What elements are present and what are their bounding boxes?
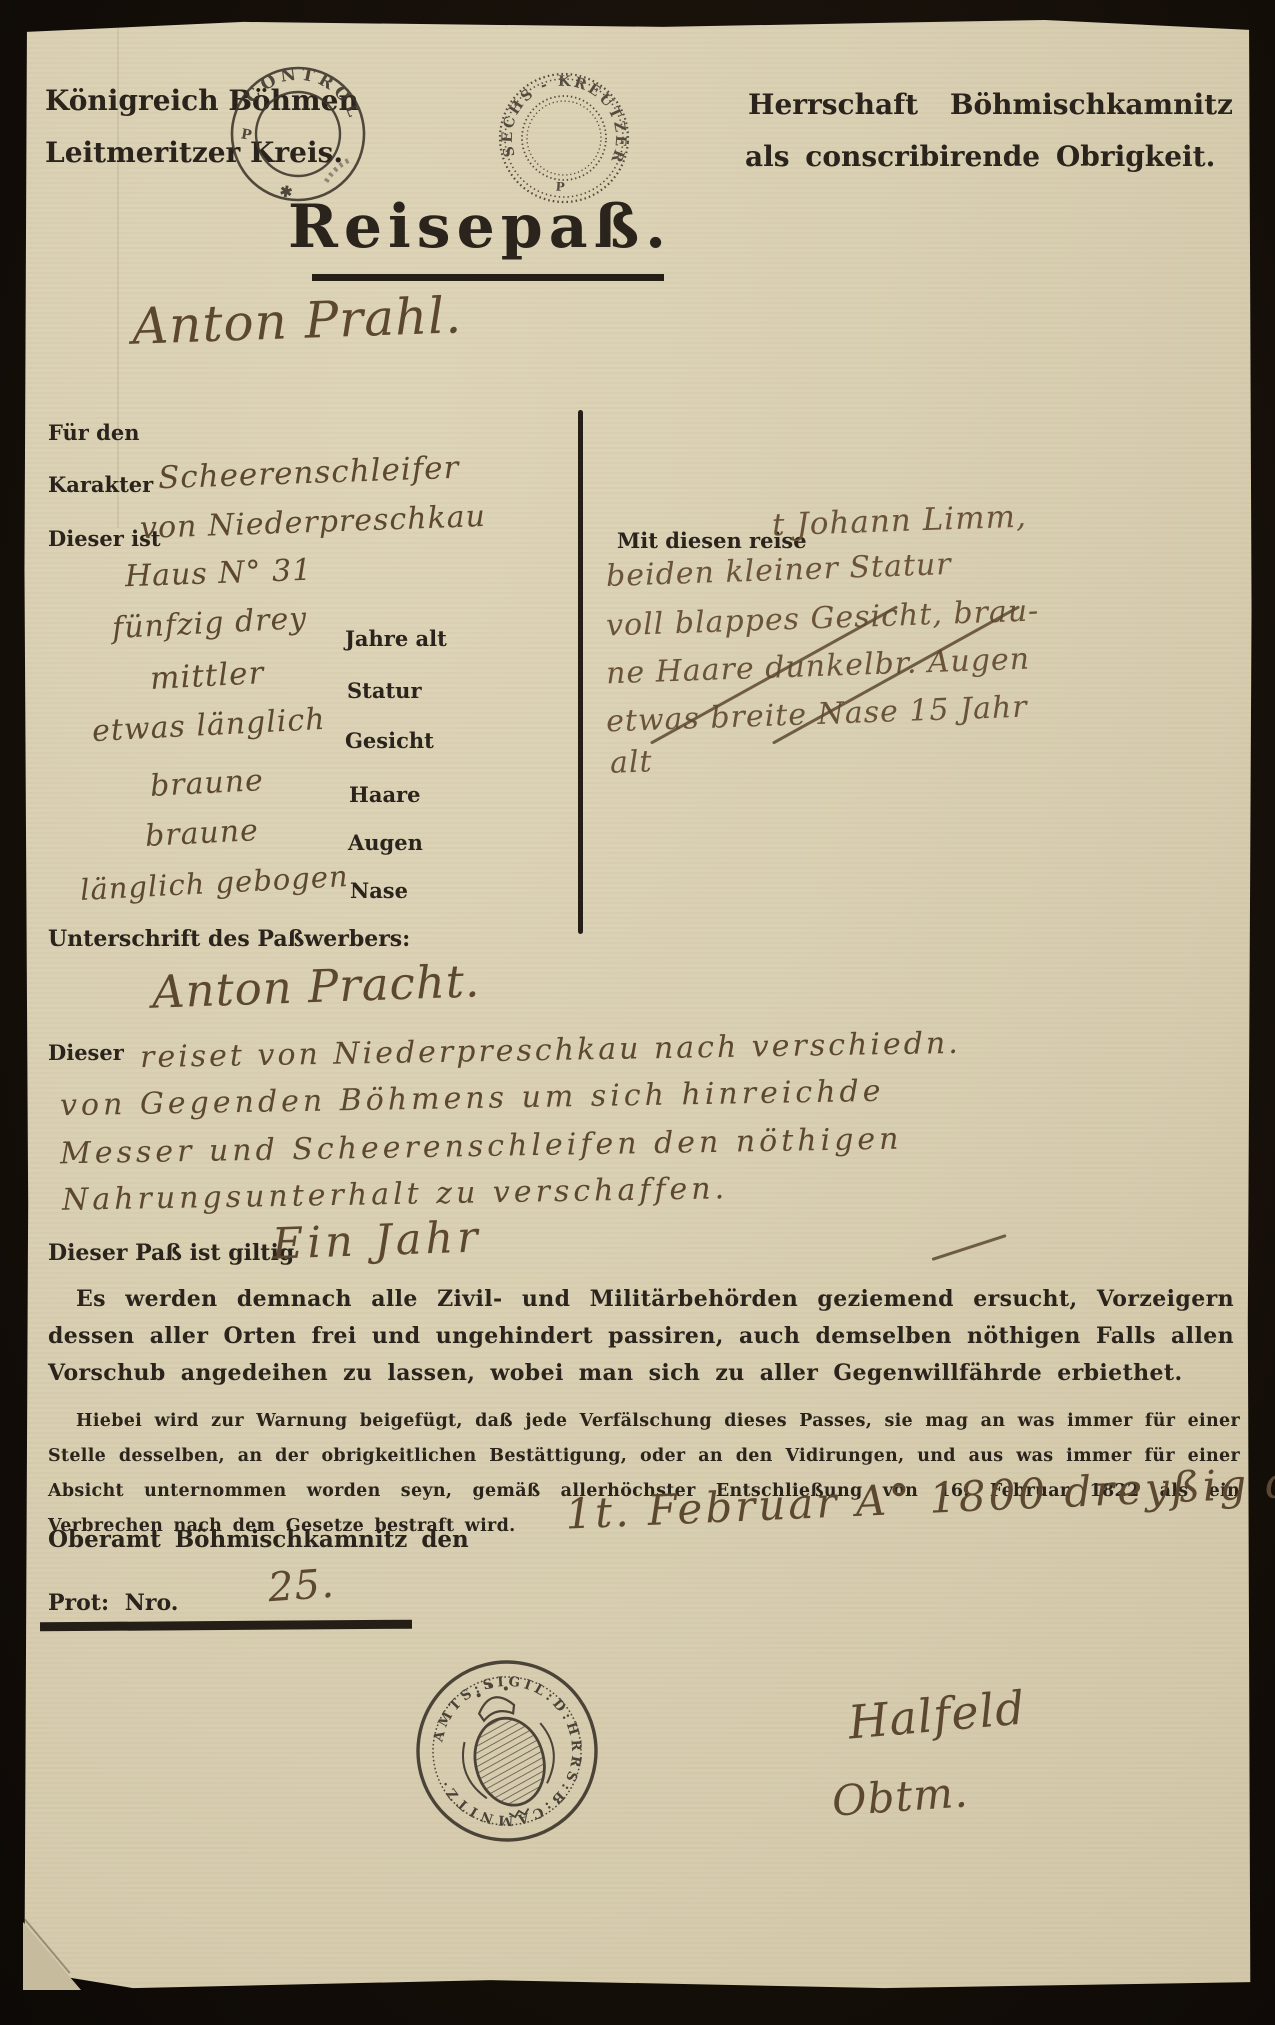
descriptor-script-nose: länglich gebogen bbox=[79, 859, 349, 907]
issuing-office-label: Oberamt Böhmischkamnitz den bbox=[48, 1526, 469, 1553]
label-giltig: Dieser Paß ist giltig bbox=[48, 1240, 294, 1266]
origin-script-1: von Niederpreschkau bbox=[139, 499, 486, 546]
control-stamp-letter-p: P bbox=[240, 126, 254, 144]
svg-text:SECHS - KREUTZER: SECHS - KREUTZER bbox=[497, 68, 633, 167]
label-augen: Augen bbox=[348, 830, 423, 855]
official-signature-script: Halfeld bbox=[846, 1680, 1028, 1749]
descriptor-script-stature: mittler bbox=[149, 655, 265, 697]
purpose-script-2: Messer und Scheerenschleifen den nöthige… bbox=[60, 1122, 903, 1172]
descriptor-script-age: fünfzig drey bbox=[111, 601, 308, 646]
companion-script-5: alt bbox=[609, 744, 653, 780]
label-jahre-alt: Jahre alt bbox=[345, 626, 447, 651]
title-underline bbox=[312, 274, 664, 281]
origin-script-2: Haus N° 31 bbox=[124, 553, 312, 595]
protocol-label: Prot: Nro. bbox=[48, 1590, 178, 1616]
companion-script-1: beiden kleiner Statur bbox=[605, 547, 952, 594]
photographed-document: Königreich Böhmen Leitmeritzer Kreis. CO… bbox=[0, 0, 1275, 2025]
label-dieser: Dieser bbox=[48, 1040, 124, 1065]
seal-shield bbox=[466, 1711, 553, 1813]
label-fuer-den: Für den bbox=[48, 420, 140, 445]
clause-passage-paragraph: Es werden demnach alle Zivil- und Militä… bbox=[48, 1281, 1234, 1392]
descriptor-script-eyes: braune bbox=[144, 813, 260, 854]
label-karakter: Karakter bbox=[48, 472, 153, 497]
purpose-script-0: reiset von Niederpreschkau nach verschie… bbox=[140, 1026, 961, 1075]
label-haare: Haare bbox=[349, 782, 420, 807]
karakter-script: Scheerenschleifer bbox=[157, 450, 460, 496]
column-divider-rule bbox=[578, 410, 583, 934]
protocol-number-script: 25. bbox=[266, 1561, 336, 1612]
label-statur: Statur bbox=[347, 678, 422, 703]
official-title-script: Obtm. bbox=[830, 1767, 969, 1825]
validity-pen-dash bbox=[932, 1234, 1007, 1260]
tax-stamp-arc-text: SECHS - KREUTZER bbox=[497, 68, 633, 167]
companion-script-0: t Johann Limm, bbox=[771, 499, 1027, 544]
descriptor-script-hair: braune bbox=[149, 763, 265, 804]
header-manor: Herrschaft Böhmischkamnitz bbox=[748, 88, 1233, 121]
document-title: Reisepaß. bbox=[240, 192, 720, 262]
purpose-script-3: Nahrungsunterhalt zu verschaffen. bbox=[62, 1171, 729, 1218]
protocol-underline bbox=[40, 1620, 412, 1632]
purpose-script-1: von Gegenden Böhmens um sich hinreichde bbox=[60, 1074, 885, 1123]
label-gesicht: Gesicht bbox=[345, 728, 434, 753]
header-authority: als conscribirende Obrigkeit. bbox=[745, 140, 1215, 173]
label-unterschrift: Unterschrift des Paßwerbers: bbox=[48, 926, 410, 952]
label-nase: Nase bbox=[350, 878, 408, 903]
office-seal-stamp: AMTS:SIGIL:D:HRRS:B:CAMNITZ· bbox=[387, 1631, 627, 1871]
validity-script: Ein Jahr bbox=[271, 1212, 482, 1269]
corner-fold bbox=[23, 1922, 81, 1990]
descriptor-script-face: etwas länglich bbox=[91, 702, 326, 749]
applicant-signature-script: Anton Pracht. bbox=[151, 954, 481, 1018]
holder-name-script: Anton Prahl. bbox=[131, 286, 463, 355]
companion-script-2: voll blappes Gesicht, brau- bbox=[606, 593, 1040, 643]
